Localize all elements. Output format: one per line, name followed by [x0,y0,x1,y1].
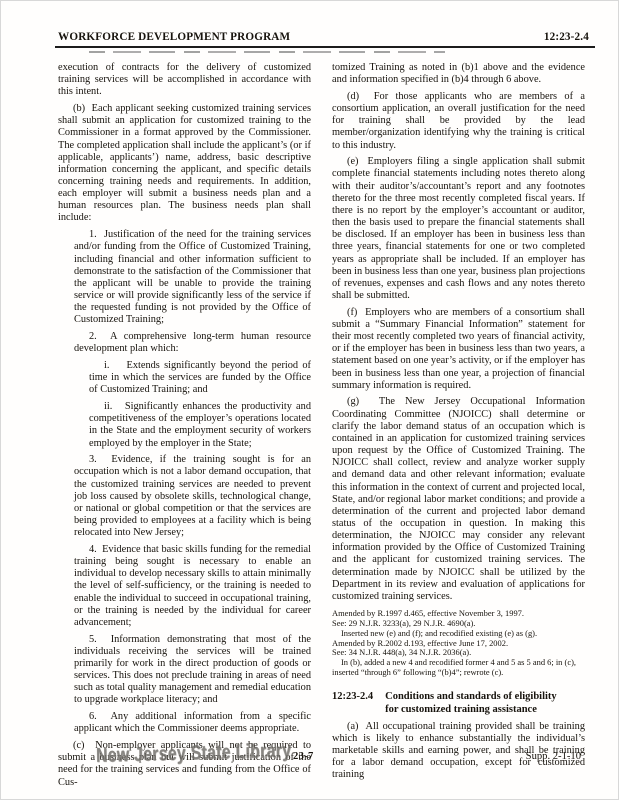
left-column: execution of contracts for the delivery … [58,62,311,789]
history-line: In (b), added a new 4 and recodified for… [332,658,585,678]
list-item: 2. A comprehensive long-term human resou… [74,331,311,355]
paragraph: (g) The New Jersey Occupational Informat… [332,396,585,603]
section-heading-number: 12:23-2.4 [332,691,373,716]
page-header: WORKFORCE DEVELOPMENT PROGRAM 12:23-2.4 [58,31,589,43]
footer-supplement: Supp. 2-1-10 [526,751,581,762]
paragraph: (e) Employers filing a single applicatio… [332,156,585,302]
list-item: 3. Evidence, if the training sought is f… [74,454,311,539]
header-rule [55,46,595,48]
paragraph-continuation: tomized Training as noted in (b)1 above … [332,62,585,86]
sub-list-item: ii. Significantly enhances the productiv… [89,401,311,450]
history-note: Amended by R.1997 d.465, effective Novem… [332,609,585,678]
list-item: 1. Justification of the need for the tra… [74,229,311,326]
sub-list-item: i. Extends significantly beyond the peri… [89,360,311,396]
list-item: 4. Evidence that basic skills funding fo… [74,544,311,629]
list-item: 5. Information demonstrating that most o… [74,634,311,707]
section-heading-title: Conditions and standards of eligibility … [385,691,571,716]
paragraph: (f) Employers who are members of a conso… [332,307,585,392]
paragraph: (d) For those applicants who are members… [332,91,585,152]
header-section-number: 12:23-2.4 [544,31,589,43]
section-heading: 12:23-2.4Conditions and standards of eli… [332,691,585,716]
header-rule-scan-artifact [89,51,445,53]
right-column: tomized Training as noted in (b)1 above … [332,62,585,789]
paragraph: (b) Each applicant seeking customized tr… [58,103,311,225]
document-page: WORKFORCE DEVELOPMENT PROGRAM 12:23-2.4 … [0,0,619,800]
header-title: WORKFORCE DEVELOPMENT PROGRAM [58,31,290,43]
list-item: 6. Any additional information from a spe… [74,711,311,735]
text-columns: execution of contracts for the delivery … [58,62,585,789]
footer-page-number: 23-7 [293,751,314,762]
paragraph-continuation: execution of contracts for the delivery … [58,62,311,98]
